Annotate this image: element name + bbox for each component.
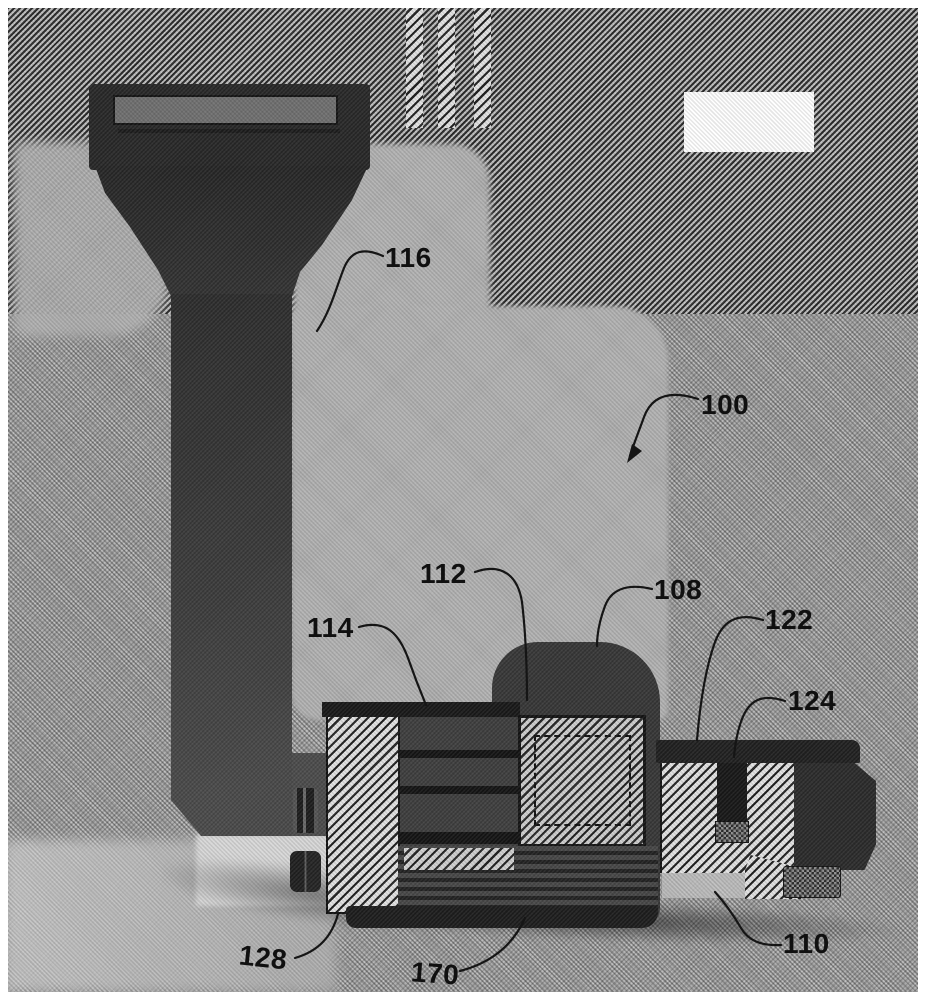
spring-module-column-3	[474, 6, 491, 128]
module-stripe-hatch	[404, 848, 514, 870]
ref-label-170: 170	[410, 958, 460, 989]
spring-module-bar-2	[398, 786, 520, 794]
flex-cable-ribbon	[171, 294, 292, 836]
ref-label-124: 124	[788, 687, 836, 715]
ref-label-110: 110	[783, 930, 830, 958]
patent-figure: 100 108 110 112 114 116 122 124 128 170	[0, 0, 926, 1000]
right-module-contact-block	[715, 821, 749, 843]
ref-label-100: 100	[701, 391, 749, 419]
blank-label-patch	[684, 92, 814, 152]
right-module-underlight	[662, 870, 754, 898]
flex-connector-contacts	[113, 95, 338, 125]
module-bottom-band	[346, 906, 658, 928]
ref-label-122: 122	[765, 606, 813, 634]
spring-module-bar-1	[398, 750, 520, 758]
component-knob-upper	[293, 788, 318, 833]
ref-label-108: 108	[654, 576, 702, 604]
right-module-foot-block	[783, 866, 841, 898]
ref-label-114: 114	[307, 614, 354, 642]
hatched-bracket	[326, 712, 400, 914]
component-knob-lower	[290, 851, 321, 892]
flex-connector-contact-line	[118, 129, 340, 133]
camera-module-dashed-frame	[534, 735, 631, 826]
spring-module-column-2	[438, 6, 455, 128]
module-top-rail	[322, 702, 520, 717]
ref-label-112: 112	[420, 560, 467, 588]
right-module-top-bar	[656, 740, 860, 763]
photo-area: 100 108 110 112 114 116 122 124 128 170	[0, 0, 926, 1000]
ref-label-128: 128	[238, 942, 289, 975]
right-module-slot	[717, 763, 747, 823]
spring-module-bar-3	[398, 832, 520, 844]
ref-label-116: 116	[385, 244, 432, 272]
spring-module	[398, 714, 520, 848]
spring-module-column-1	[406, 6, 423, 128]
